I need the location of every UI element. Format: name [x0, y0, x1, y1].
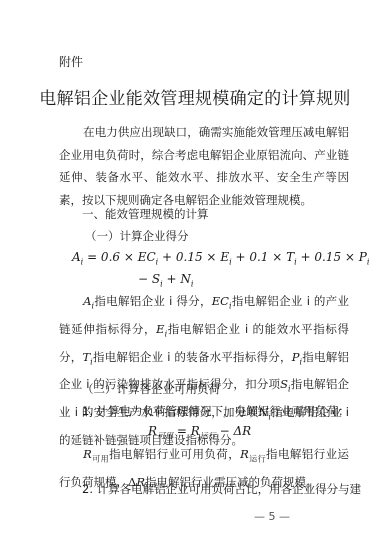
- item-1: 1. 计算电力负荷管理情况下，电解铝行业可用负荷：: [82, 403, 350, 419]
- page-number: — 5 —: [254, 510, 290, 523]
- subsection-heading-2: （二）计算各企业可用负荷: [82, 381, 220, 397]
- section-heading-1: 一、能效管理规模的计算: [82, 206, 209, 222]
- intro-paragraph: 在电力供应出现缺口，确需实施能效管理压减电解铝企业用电负荷时，综合考虑电解铝企业…: [59, 121, 349, 211]
- formula-score-line2: − Si + Ni: [138, 272, 193, 288]
- document-page: 附件 电解铝企业能效管理规模确定的计算规则 在电力供应出现缺口，确需实施能效管理…: [0, 0, 390, 551]
- attachment-label: 附件: [59, 53, 83, 70]
- item-2: 2. 计算各电解铝企业可用负荷占比，用各企业得分与建: [82, 481, 361, 497]
- formula-score-line1: Ai = 0.6 × ECi + 0.15 × Ei + 0.1 × Ti + …: [72, 250, 369, 266]
- subsection-heading-1: （一）计算企业得分: [85, 228, 189, 244]
- page-title: 电解铝企业能效管理规模确定的计算规则: [0, 84, 390, 109]
- formula-available-load: R可用 = R运行 − ΔR: [148, 424, 251, 441]
